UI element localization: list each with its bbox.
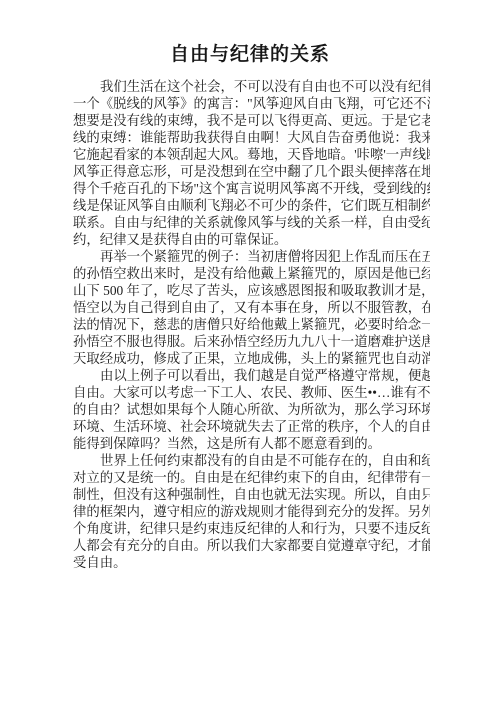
text-line: 孙悟空不服也得服。后来孙悟空经历九九八十一道磨难护送唐僧到西 bbox=[73, 333, 430, 350]
document-page: 自由与纪律的关系 我们生活在这个社会，不可以没有自由也不可以没有纪律。先讲一个《… bbox=[0, 0, 500, 707]
text-line: 天取经成功，修成了正果，立地成佛，头上的紧箍咒也自动消失了。 bbox=[73, 350, 430, 367]
document-title: 自由与纪律的关系 bbox=[0, 0, 500, 66]
text-line: 联系。自由与纪律的关系就像风筝与线的关系一样，自由受纪律制 bbox=[73, 214, 430, 231]
text-line: 制性，但没有这种强制性，自由也就无法实现。所以，自由只有在纪 bbox=[73, 486, 430, 503]
text-line: 法的情况下，慈悲的唐僧只好给他戴上紧箍咒，必要时给念一念，让 bbox=[73, 316, 430, 333]
text-line: 想要是没有线的束缚，我不是可以飞得更高、更远。于是它老想摆脱 bbox=[73, 112, 430, 129]
text-line: 再举一个紧箍咒的例子：当初唐僧将因犯上作乱而压在五行山下 bbox=[73, 248, 430, 265]
text-line: 悟空以为自己得到自由了，又有本事在身，所以不服管教，在没有办 bbox=[73, 299, 430, 316]
text-line: 的孙悟空救出来时，是没有给他戴上紧箍咒的，原因是他已经被压在 bbox=[73, 265, 430, 282]
text-line: 能得到保障吗？当然，这是所有人都不愿意看到的。 bbox=[73, 435, 430, 452]
text-line: 由以上例子可以看出，我们越是自觉严格遵守常规，便越能享受 bbox=[73, 367, 430, 384]
text-line: 世界上任何约束都没有的自由是不可能存在的，自由和纪律既是 bbox=[73, 452, 430, 469]
text-line: 我们生活在这个社会，不可以没有自由也不可以没有纪律。先讲 bbox=[73, 78, 430, 95]
text-line: 的自由？试想如果每个人随心所欲、为所欲为，那么学习环境、工作 bbox=[73, 401, 430, 418]
text-line: 人都会有充分的自由。所以我们大家都要自觉遵章守纪，才能充分享 bbox=[73, 537, 430, 554]
text-line: 律的框架内，遵守相应的游戏规则才能得到充分的发挥。另外从另一 bbox=[73, 503, 430, 520]
document-body: 我们生活在这个社会，不可以没有自由也不可以没有纪律。先讲一个《脱线的风筝》的寓言… bbox=[0, 78, 500, 571]
text-line: 线的束缚：谁能帮助我获得自由啊！大风自告奋勇他说：我来！'于是 bbox=[73, 129, 430, 146]
text-line: 约，纪律又是获得自由的可靠保证。 bbox=[73, 231, 430, 248]
text-line: 线是保证风筝自由顺利飞翔必不可少的条件，它们既互相制约又互相 bbox=[73, 197, 430, 214]
text-line: 自由。大家可以考虑一下工人、农民、教师、医生••…谁有不受约束 bbox=[73, 384, 430, 401]
text-line: 一个《脱线的风筝》的寓言："风筝迎风自由飞翔，可它还不满足。它 bbox=[73, 95, 430, 112]
text-line: 对立的又是统一的。自由是在纪律约束下的自由，纪律带有一定的强 bbox=[73, 469, 430, 486]
text-line: 环境、生活环境、社会环境就失去了正常的秩序，个人的自由保障还 bbox=[73, 418, 430, 435]
text-line: 受自由。 bbox=[73, 554, 430, 571]
text-line: 个角度讲，纪律只是约束违反纪律的人和行为，只要不违反纪律每个 bbox=[73, 520, 430, 537]
text-line: 风筝正得意忘形，可是没想到在空中翻了几个跟头便摔落在地上，落 bbox=[73, 163, 430, 180]
text-line: 得个千疮百孔的下场"这个寓言说明风筝离不开线，受到线的约束，但 bbox=[73, 180, 430, 197]
text-line: 山下 500 年了，吃尽了苦头，应该感恩图报和吸取教训才是，然而孙 bbox=[73, 282, 430, 299]
text-line: 它施起看家的本领刮起大风。蓦地，天昏地暗。'咔嚓'一声线断了。 bbox=[73, 146, 430, 163]
